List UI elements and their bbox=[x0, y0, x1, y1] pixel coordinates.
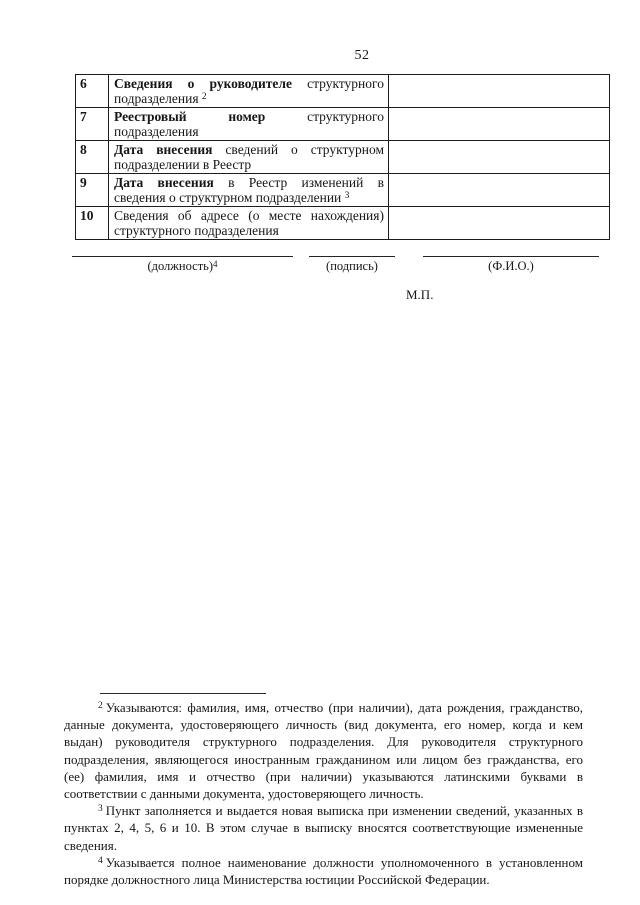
footnote-ref: 4 bbox=[213, 259, 218, 269]
subdivision-info-table: 6 Сведения о руководителе структурного п… bbox=[75, 74, 610, 240]
signature-block: (должность)4 (подпись) (Ф.И.О.) bbox=[0, 256, 640, 306]
footnote-text: Указывается полное наименование должност… bbox=[64, 855, 583, 887]
row-label: Сведения об адресе (о месте нахождения) … bbox=[109, 207, 389, 240]
footnote-separator-rule bbox=[100, 693, 266, 694]
position-label: (должность) bbox=[147, 259, 213, 273]
table-row: 9 Дата внесения в Реестр изменений в све… bbox=[76, 174, 610, 207]
row-label-bold: Реестровый номер bbox=[114, 109, 265, 124]
table-row: 7 Реестровый номер структурного подразде… bbox=[76, 108, 610, 141]
footnote-ref: 2 bbox=[202, 92, 207, 102]
footnote-4: 4Указывается полное наименование должнос… bbox=[64, 854, 583, 888]
row-number: 6 bbox=[76, 75, 109, 108]
row-label: Дата внесения сведений о структурном под… bbox=[109, 141, 389, 174]
signature-line-name: (Ф.И.О.) bbox=[423, 256, 599, 273]
row-label-rest: Сведения об адресе (о месте нахождения) … bbox=[114, 208, 384, 238]
footnote-marker: 2 bbox=[98, 701, 103, 711]
row-number: 9 bbox=[76, 174, 109, 207]
row-value-cell bbox=[389, 141, 610, 174]
row-label-bold: Сведения о руководителе bbox=[114, 76, 292, 91]
footnote-2: 2Указываются: фамилия, имя, отчество (пр… bbox=[64, 699, 583, 802]
row-value-cell bbox=[389, 174, 610, 207]
table-row: 6 Сведения о руководителе структурного п… bbox=[76, 75, 610, 108]
footnote-ref: 3 bbox=[345, 191, 350, 201]
table-row: 8 Дата внесения сведений о структурном п… bbox=[76, 141, 610, 174]
row-number: 7 bbox=[76, 108, 109, 141]
footnote-3: 3Пункт заполняется и выдается новая выпи… bbox=[64, 802, 583, 854]
footnote-text: Указываются: фамилия, имя, отчество (при… bbox=[64, 700, 583, 801]
row-value-cell bbox=[389, 75, 610, 108]
sign-label: (подпись) bbox=[326, 259, 378, 273]
row-value-cell bbox=[389, 108, 610, 141]
row-label: Реестровый номер структурного подразделе… bbox=[109, 108, 389, 141]
row-label-bold: Дата внесения bbox=[114, 175, 214, 190]
seal-place-label: М.П. bbox=[406, 287, 433, 303]
row-label: Дата внесения в Реестр изменений в сведе… bbox=[109, 174, 389, 207]
row-value-cell bbox=[389, 207, 610, 240]
page-number: 52 bbox=[340, 48, 384, 64]
row-label-bold: Дата внесения bbox=[114, 142, 212, 157]
signature-line-position: (должность)4 bbox=[72, 256, 293, 273]
signature-line-sign: (подпись) bbox=[309, 256, 395, 273]
row-label: Сведения о руководителе структурного под… bbox=[109, 75, 389, 108]
row-number: 8 bbox=[76, 141, 109, 174]
footnote-marker: 3 bbox=[98, 804, 103, 814]
name-label: (Ф.И.О.) bbox=[488, 259, 534, 273]
footnote-text: Пункт заполняется и выдается новая выпис… bbox=[64, 803, 583, 852]
row-number: 10 bbox=[76, 207, 109, 240]
table-row: 10 Сведения об адресе (о месте нахождени… bbox=[76, 207, 610, 240]
document-page: 52 6 Сведения о руководителе структурног… bbox=[0, 0, 640, 905]
footnotes-section: 2Указываются: фамилия, имя, отчество (пр… bbox=[64, 693, 583, 888]
footnote-marker: 4 bbox=[98, 856, 103, 866]
